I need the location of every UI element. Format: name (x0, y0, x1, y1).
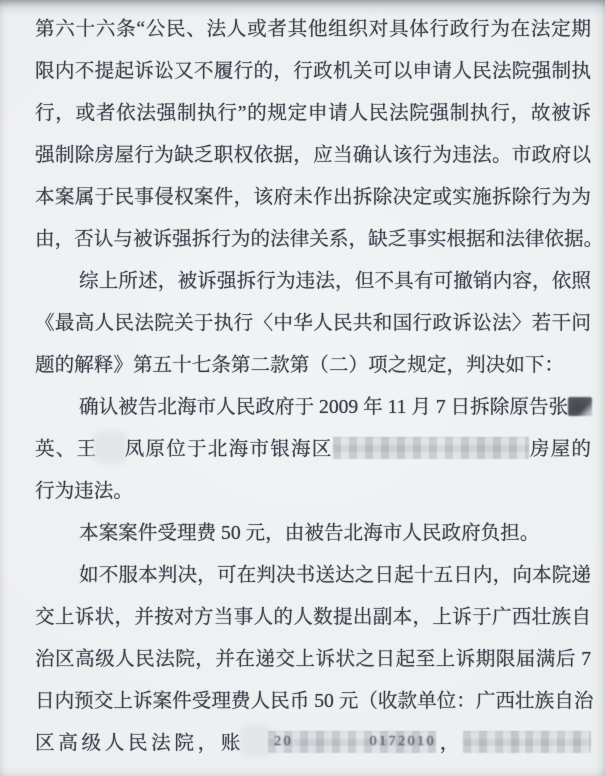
text-run: 限内不提起诉讼又不履行的，行政机关可以申请人民法院强制执 (35, 61, 591, 82)
text-line: 《最高人民法院关于执行〈中华人民共和国行政诉讼法〉若干问 (35, 303, 591, 345)
text-line: 行，或者依法强制执行”的规定申请人民法院强制执行，故被诉 (35, 93, 591, 135)
text-run: 如不服本判决，可在判决书送达之日起十五日内，向本院递 (79, 565, 591, 586)
text-run: ， (436, 733, 463, 754)
text-line: 题的解释》第五十七条第二款第（二）项之规定，判决如下： (35, 345, 591, 387)
text-run: 本案案件受理费 50 元，由被告北海市人民政府负担。 (79, 523, 539, 544)
paragraph: 确认被告北海市人民政府于 2009 年 11 月 7 日拆除原告张英、王凤原位于… (35, 387, 591, 513)
text-line: 如不服本判决，可在判决书送达之日起十五日内，向本院递 (35, 555, 591, 597)
text-line: 区高级人民法院，账20 0172010， (35, 723, 591, 765)
text-run: 由，否认与被诉强拆行为的法律关系，缺乏事实根据和法律依据。 (35, 229, 603, 250)
redaction-smudge (244, 729, 268, 754)
redaction-mosaic (333, 437, 529, 459)
redaction-mosaic: 20 0172010 (268, 731, 436, 753)
redaction-mosaic (525, 731, 591, 753)
text-run: 区高级人民法院，账 (35, 733, 244, 754)
redaction-dark (568, 397, 592, 416)
text-run: 交上诉状，并按对方当事人的人数提出副本，上诉于广西壮族自 (35, 607, 591, 628)
text-run: 题的解释》第五十七条第二款第（二）项之规定，判决如下： (35, 355, 564, 376)
redaction-smudge (97, 435, 123, 460)
text-line: 治区高级人民法院，并在递交上诉状之日起至上诉期限届满后 7 (35, 639, 591, 681)
text-run: 日内预交上诉案件受理费人民币 50 元（收款单位：广西壮族自治 (35, 691, 593, 712)
text-line: 确认被告北海市人民政府于 2009 年 11 月 7 日拆除原告张 (35, 387, 591, 429)
text-line: 由，否认与被诉强拆行为的法律关系，缺乏事实根据和法律依据。 (35, 219, 591, 261)
text-line: 强制除房屋行为缺乏职权依据，应当确认该行为违法。市政府以 (35, 135, 591, 177)
paragraph: 如不服本判决，可在判决书送达之日起十五日内，向本院递交上诉状，并按对方当事人的人… (35, 555, 591, 765)
text-line: 本案属于民事侵权案件，该府未作出拆除决定或实施拆除行为为 (35, 177, 591, 219)
text-run: 房屋的 (529, 439, 591, 460)
judgment-text-block: 第六十六条“公民、法人或者其他组织对具体行政行为在法定期限内不提起诉讼又不履行的… (35, 9, 591, 765)
text-run: 凤原位于北海市银海区 (123, 439, 332, 460)
text-line: 综上所述，被诉强拆行为违法，但不具有可撤销内容，依照 (35, 261, 591, 303)
text-line: 限内不提起诉讼又不履行的，行政机关可以申请人民法院强制执 (35, 51, 591, 93)
text-line: 日内预交上诉案件受理费人民币 50 元（收款单位：广西壮族自治 (35, 681, 591, 723)
text-line: 英、王凤原位于北海市银海区房屋的 (35, 429, 591, 471)
text-run: 治区高级人民法院，并在递交上诉状之日起至上诉期限届满后 7 (35, 649, 591, 670)
text-line: 行为违法。 (35, 471, 591, 513)
text-run: 行，或者依法强制执行”的规定申请人民法院强制执行，故被诉 (35, 103, 591, 124)
text-run: 行为违法。 (35, 481, 133, 502)
text-run: 强制除房屋行为缺乏职权依据，应当确认该行为违法。市政府以 (35, 145, 591, 166)
paragraph: 综上所述，被诉强拆行为违法，但不具有可撤销内容，依照《最高人民法院关于执行〈中华… (35, 261, 591, 387)
text-run: 第六十六条“公民、法人或者其他组织对具体行政行为在法定期 (35, 19, 591, 40)
redaction-mosaic (463, 731, 525, 753)
text-run: 《最高人民法院关于执行〈中华人民共和国行政诉讼法〉若干问 (35, 313, 591, 334)
paragraph: 第六十六条“公民、法人或者其他组织对具体行政行为在法定期限内不提起诉讼又不履行的… (35, 9, 591, 261)
scanned-document-page: 第六十六条“公民、法人或者其他组织对具体行政行为在法定期限内不提起诉讼又不履行的… (0, 0, 605, 776)
text-line: 本案案件受理费 50 元，由被告北海市人民政府负担。 (35, 513, 591, 555)
text-run: 综上所述，被诉强拆行为违法，但不具有可撤销内容，依照 (79, 271, 591, 292)
text-line: 交上诉状，并按对方当事人的人数提出副本，上诉于广西壮族自 (35, 597, 591, 639)
text-run: 本案属于民事侵权案件，该府未作出拆除决定或实施拆除行为为 (35, 187, 591, 208)
text-run: 确认被告北海市人民政府于 2009 年 11 月 7 日拆除原告张 (79, 397, 568, 418)
text-run: 英、王 (35, 439, 97, 460)
paragraph: 本案案件受理费 50 元，由被告北海市人民政府负担。 (35, 513, 591, 555)
text-line: 第六十六条“公民、法人或者其他组织对具体行政行为在法定期 (35, 9, 591, 51)
